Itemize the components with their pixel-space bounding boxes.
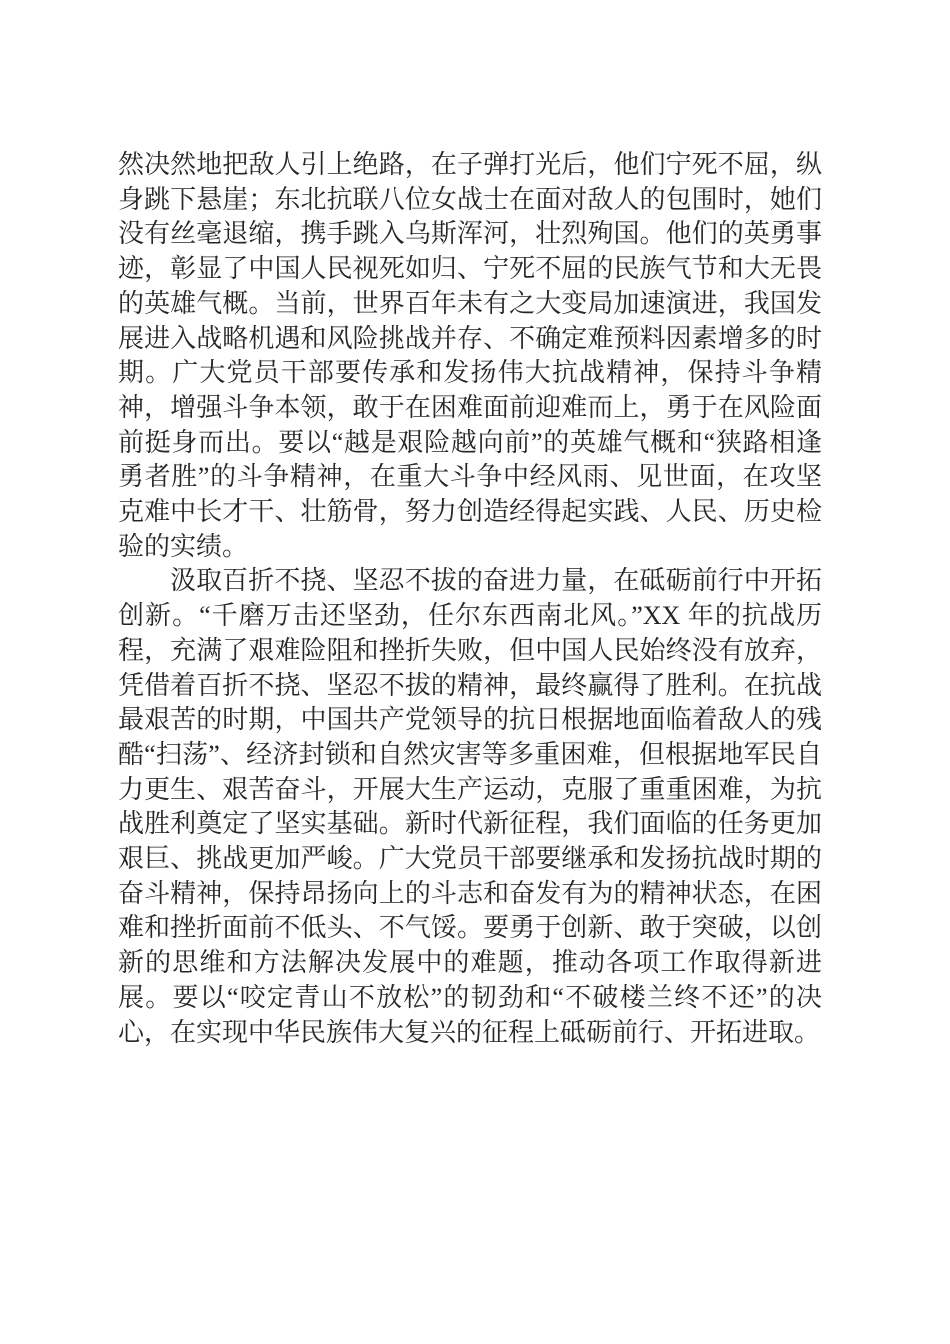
document-page: 然决然地把敌人引上绝路，在子弹打光后，他们宁死不屈，纵身跳下悬崖；东北抗联八位女…	[0, 0, 950, 1344]
paragraph-continuation: 然决然地把敌人引上绝路，在子弹打光后，他们宁死不屈，纵身跳下悬崖；东北抗联八位女…	[118, 148, 822, 564]
paragraph-second: 汲取百折不挠、坚忍不拔的奋进力量，在砥砺前行中开拓创新。“千磨万击还坚劲，任尔东…	[118, 564, 822, 1050]
document-text-block: 然决然地把敌人引上绝路，在子弹打光后，他们宁死不屈，纵身跳下悬崖；东北抗联八位女…	[118, 148, 822, 1050]
